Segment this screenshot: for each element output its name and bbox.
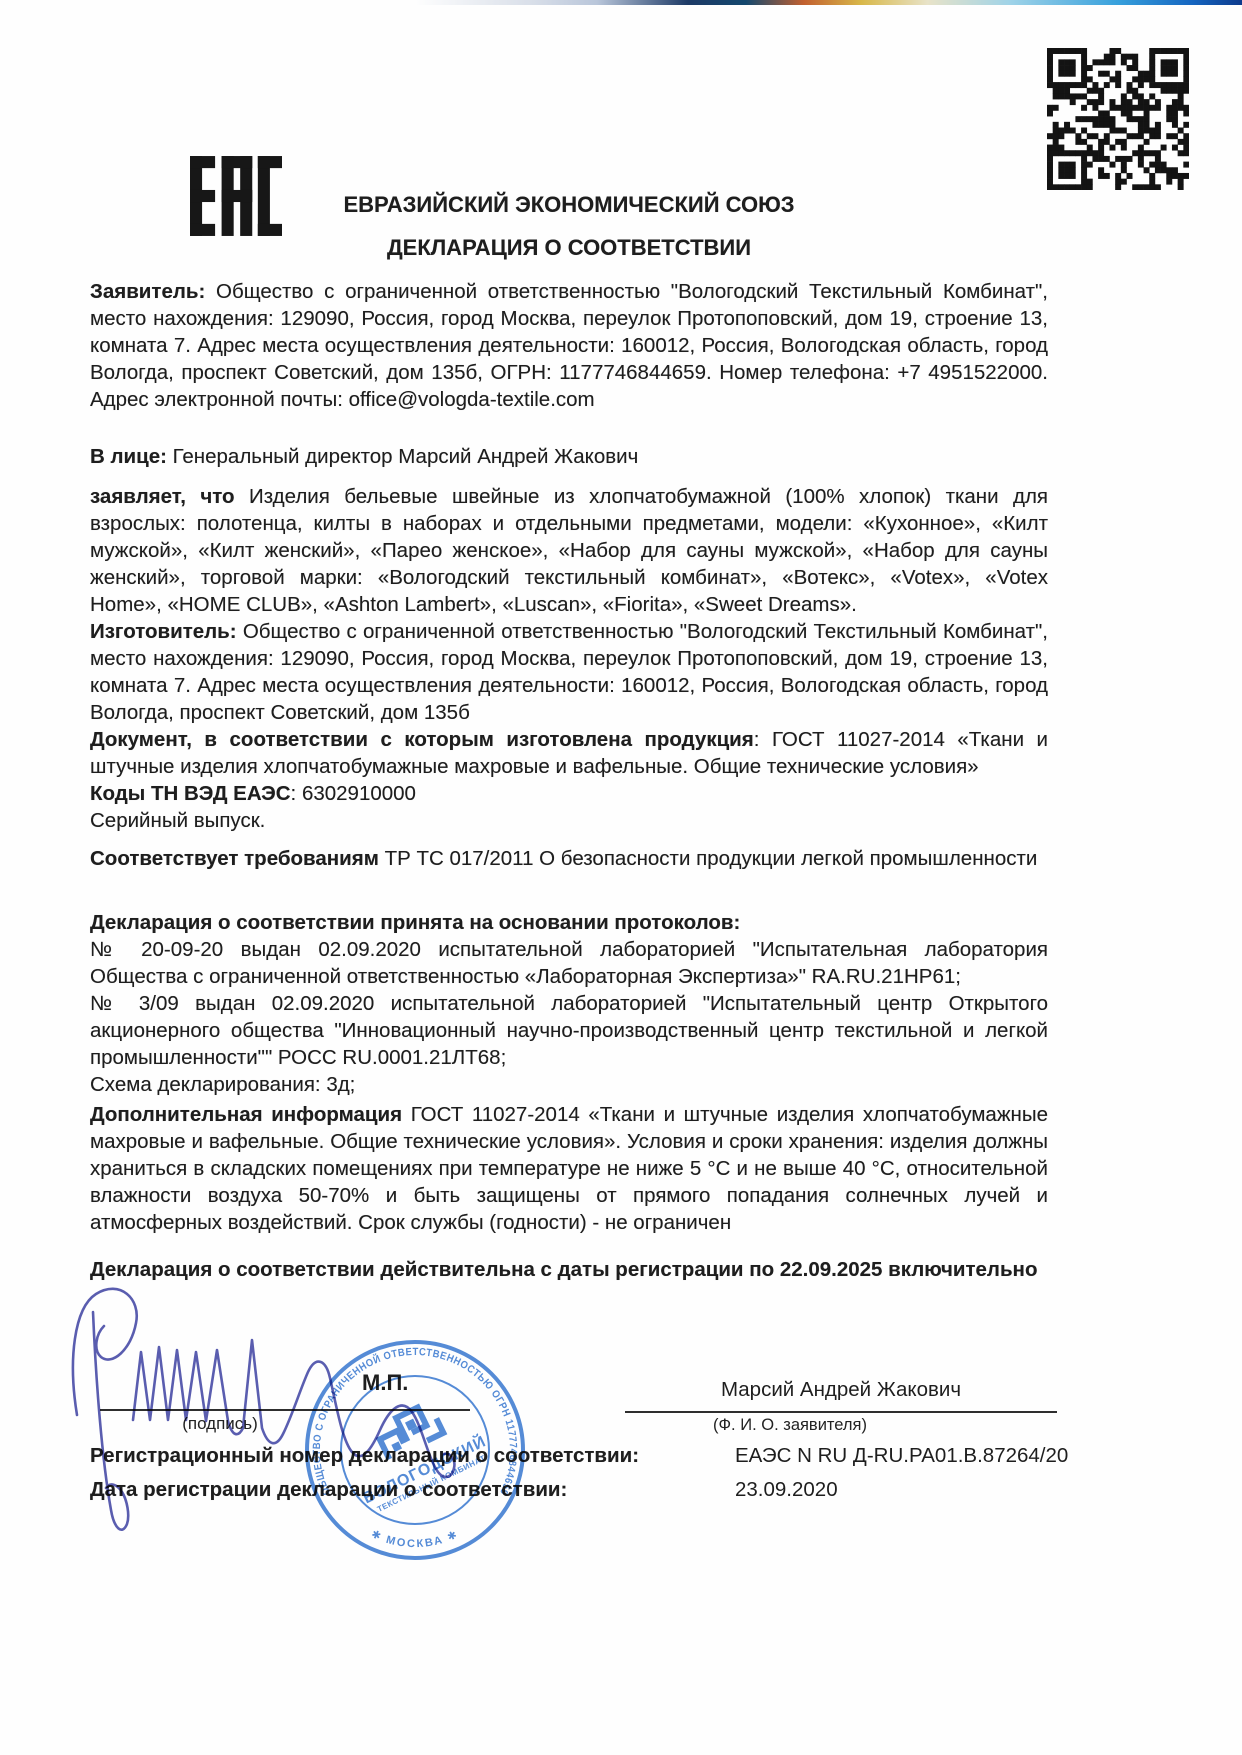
applicant-paragraph: Заявитель: Общество с ограниченной ответ…	[90, 278, 1048, 413]
qr-code	[1047, 48, 1189, 190]
document-basis-paragraph: Документ, в соответствии с которым изгот…	[90, 726, 1048, 780]
reg-date-value: 23.09.2020	[735, 1478, 838, 1502]
manufacturer-label: Изготовитель:	[90, 620, 237, 643]
declares-paragraph: заявляет, что Изделия бельевые швейные и…	[90, 483, 1048, 618]
protocol-1: № 20-09-20 выдан 02.09.2020 испытательно…	[90, 936, 1048, 990]
document-basis-label: Документ, в соответствии с которым изгот…	[90, 728, 754, 751]
reg-number-value: ЕАЭС N RU Д-RU.РА01.В.87264/20	[735, 1444, 1068, 1468]
manufacturer-paragraph: Изготовитель: Общество с ограниченной от…	[90, 618, 1048, 726]
declaration-scheme-line: Схема декларирования: 3д;	[90, 1071, 1048, 1098]
additional-info-label: Дополнительная информация	[90, 1103, 402, 1126]
fio-caption: (Ф. И. О. заявителя)	[640, 1416, 940, 1435]
scan-artifact-strip	[415, 0, 1242, 5]
union-title: ЕВРАЗИЙСКИЙ ЭКОНОМИЧЕСКИЙ СОЮЗ	[90, 192, 1048, 218]
fio-line	[625, 1411, 1057, 1413]
serial-issue-line: Серийный выпуск.	[90, 807, 1048, 834]
in-person-text: Генеральный директор Марсий Андрей Жаков…	[167, 445, 638, 468]
protocol-2: № 3/09 выдан 02.09.2020 испытательной ла…	[90, 990, 1048, 1071]
tnved-codes-paragraph: Коды ТН ВЭД ЕАЭС: 6302910000	[90, 780, 1048, 807]
complies-paragraph: Соответствует требованиям ТР ТС 017/2011…	[90, 845, 1048, 872]
declaration-page: ЕВРАЗИЙСКИЙ ЭКОНОМИЧЕСКИЙ СОЮЗ ДЕКЛАРАЦИ…	[0, 0, 1242, 1755]
applicant-label: Заявитель:	[90, 280, 205, 303]
applicant-fio: Марсий Андрей Жакович	[625, 1378, 1057, 1402]
complies-label: Соответствует требованиям	[90, 847, 379, 870]
signature-stroke	[40, 1260, 680, 1660]
declares-label: заявляет, что	[90, 485, 235, 508]
tnved-codes-text: : 6302910000	[291, 782, 416, 805]
in-person-paragraph: В лице: Генеральный директор Марсий Андр…	[90, 443, 1048, 470]
applicant-text: Общество с ограниченной ответственностью…	[90, 280, 1048, 411]
tnved-codes-label: Коды ТН ВЭД ЕАЭС	[90, 782, 291, 805]
doc-type-title: ДЕКЛАРАЦИЯ О СООТВЕТСТВИИ	[90, 235, 1048, 261]
complies-text: ТР ТС 017/2011 О безопасности продукции …	[379, 847, 1037, 870]
declares-text: Изделия бельевые швейные из хлопчатобума…	[90, 485, 1048, 616]
in-person-label: В лице:	[90, 445, 167, 468]
protocols-heading: Декларация о соответствии принята на осн…	[90, 909, 1048, 936]
additional-info-paragraph: Дополнительная информация ГОСТ 11027-201…	[90, 1101, 1048, 1236]
